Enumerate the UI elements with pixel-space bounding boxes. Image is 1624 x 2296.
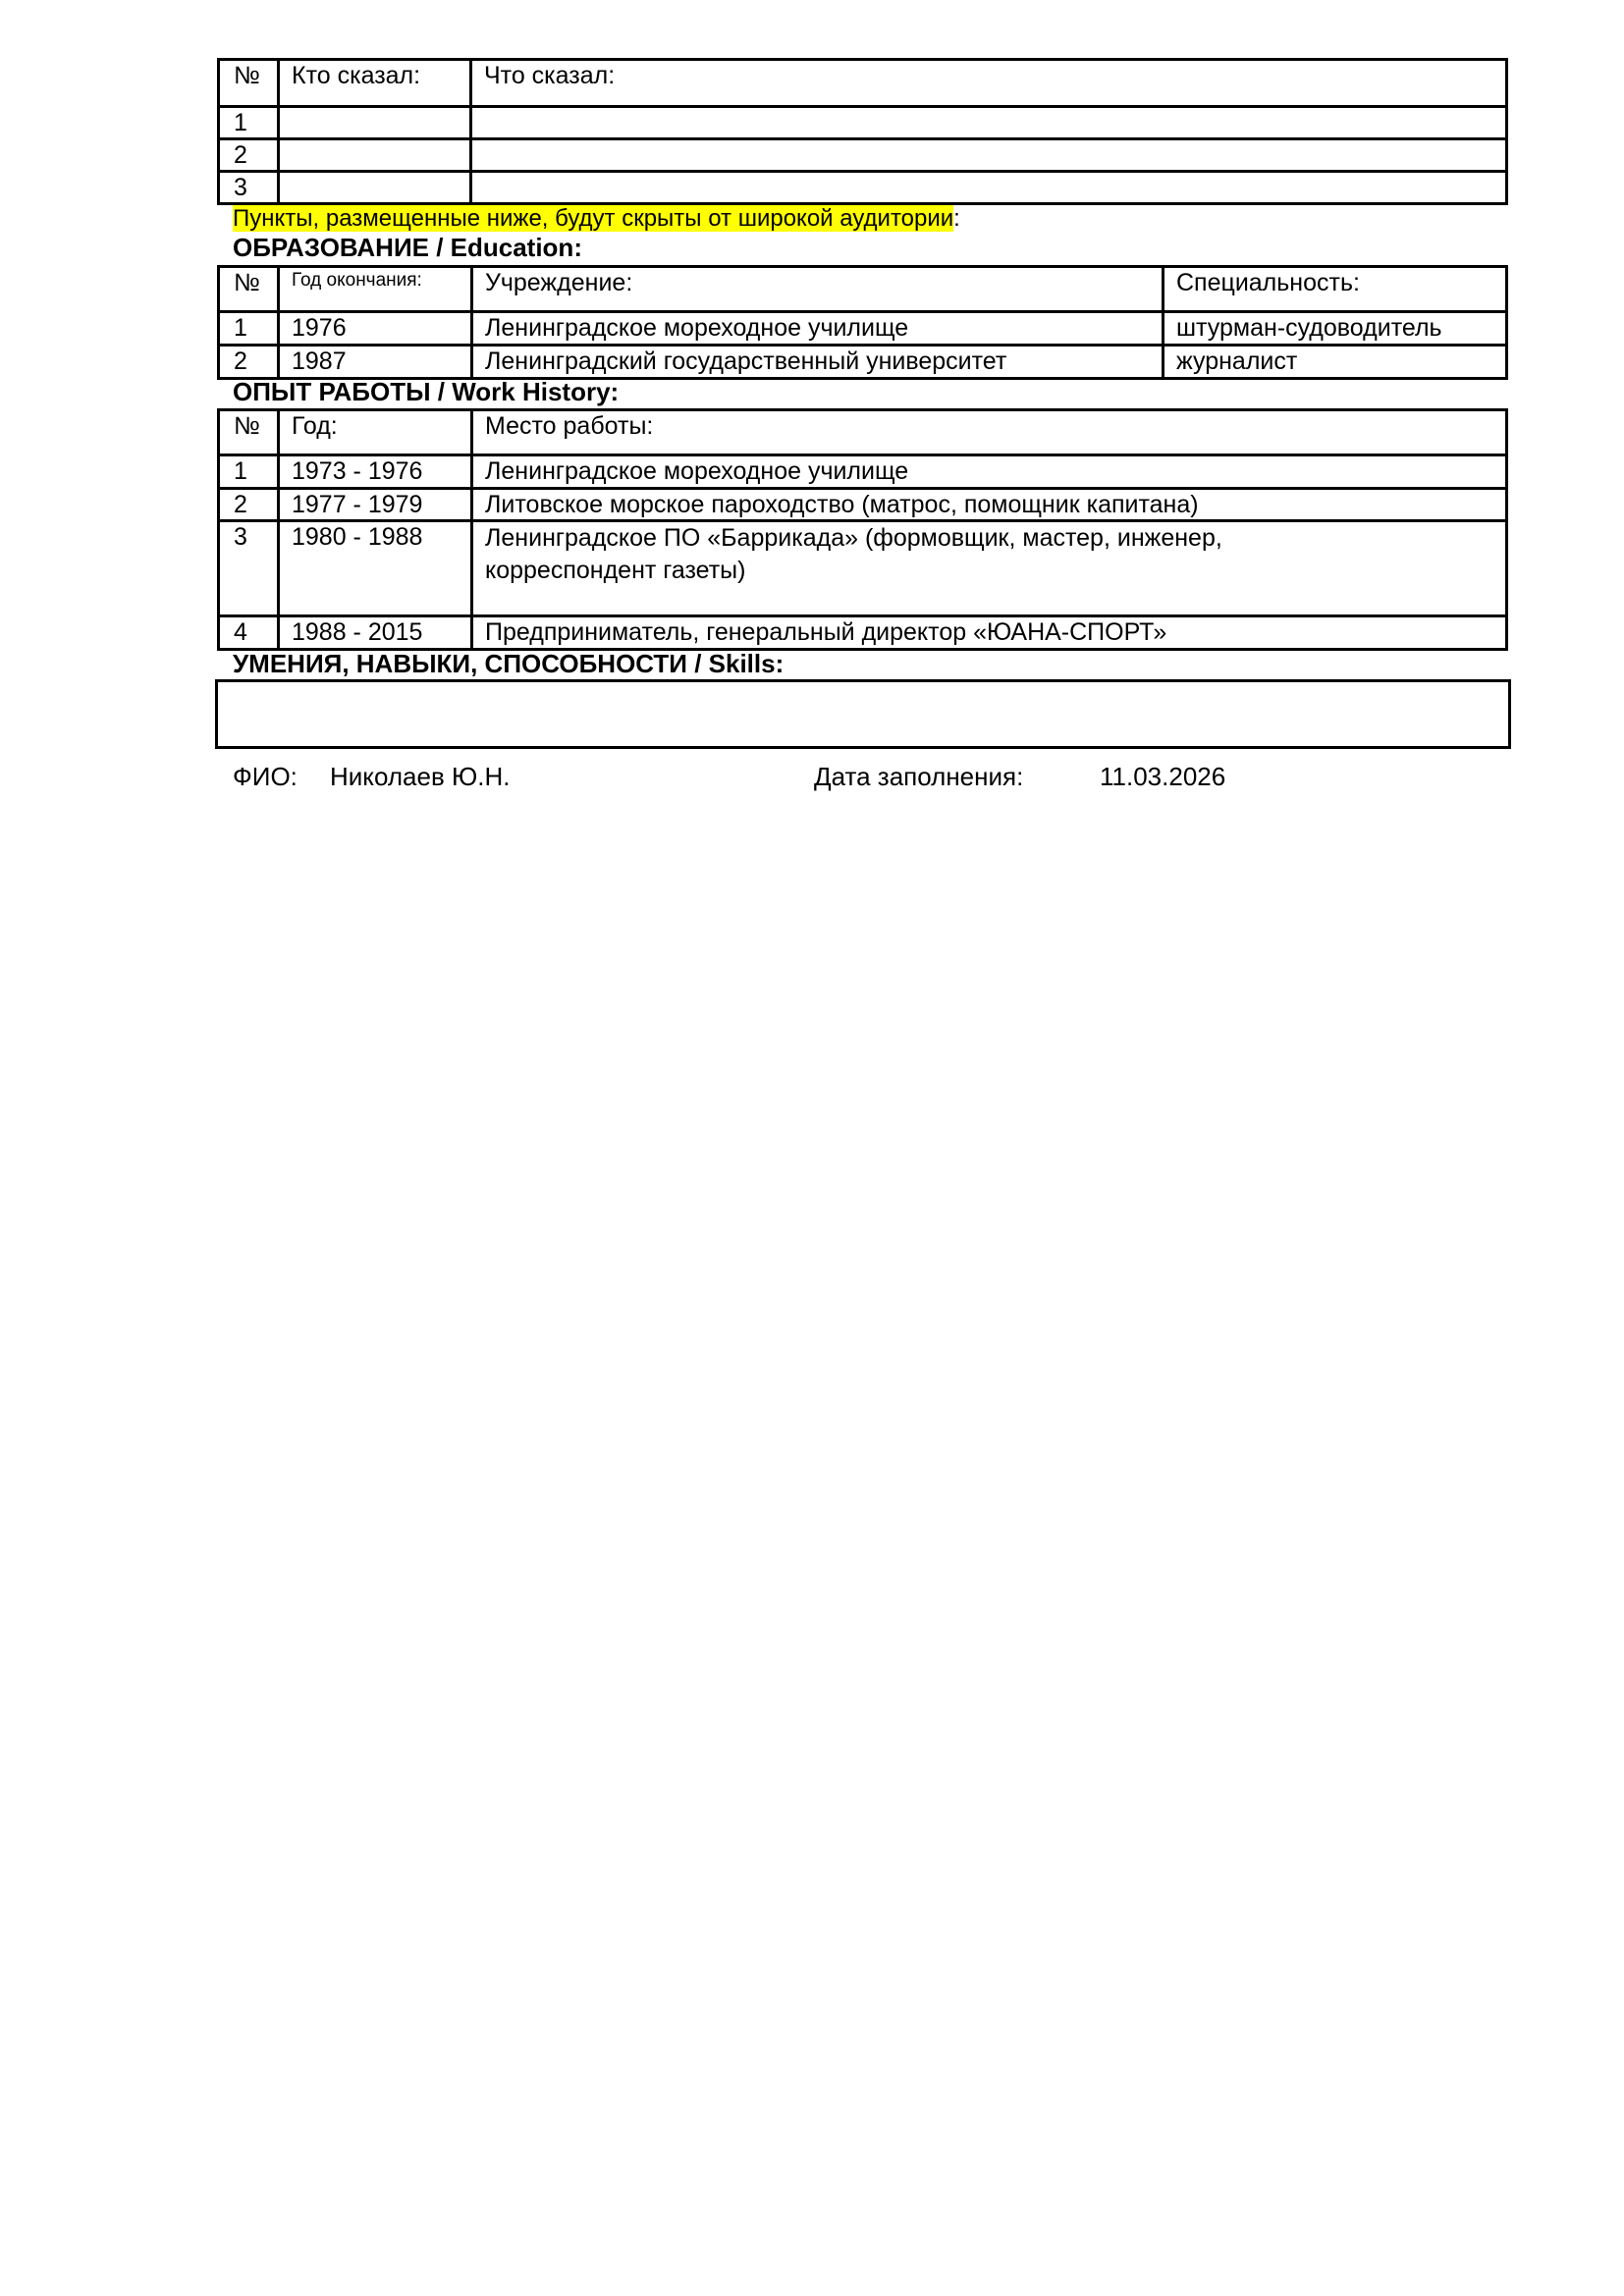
row-num: 2	[219, 489, 279, 521]
table-row: 2 1977 - 1979 Литовское морское пароходс…	[219, 489, 1507, 521]
table-row: 4 1988 - 2015 Предприниматель, генеральн…	[219, 616, 1507, 650]
table-row: 1	[219, 107, 1507, 139]
work-header-place: Место работы:	[472, 410, 1507, 455]
work-header-year: Год:	[279, 410, 472, 455]
row-num: 3	[219, 172, 279, 204]
education-table: № Год окончания: Учреждение: Специальнос…	[217, 265, 1508, 380]
education-header-year: Год окончания:	[279, 267, 472, 312]
specialty-cell: штурман-судоводитель	[1164, 312, 1507, 346]
year-cell: 1976	[279, 312, 472, 346]
specialty-cell: журналист	[1164, 346, 1507, 379]
table-row: 1 1973 - 1976 Ленинградское мореходное у…	[219, 455, 1507, 489]
who-cell[interactable]	[279, 107, 471, 139]
table-row: 2 1987 Ленинградский государственный уни…	[219, 346, 1507, 379]
row-num: 2	[219, 346, 279, 379]
row-num: 1	[219, 107, 279, 139]
years-cell: 1977 - 1979	[279, 489, 472, 521]
quotes-header-num: №	[219, 60, 279, 107]
hidden-notice-colon: :	[953, 205, 960, 232]
quotes-header-what: Что сказал:	[471, 60, 1507, 107]
education-header-num: №	[219, 267, 279, 312]
row-num: 3	[219, 521, 279, 616]
table-row: 3	[219, 172, 1507, 204]
what-cell[interactable]	[471, 139, 1507, 172]
table-row: 1 1976 Ленинградское мореходное училище …	[219, 312, 1507, 346]
institution-cell: Ленинградский государственный университе…	[472, 346, 1164, 379]
work-header-row: № Год: Место работы:	[219, 410, 1507, 455]
year-cell: 1987	[279, 346, 472, 379]
row-num: 1	[219, 455, 279, 489]
institution-cell: Ленинградское мореходное училище	[472, 312, 1164, 346]
who-cell[interactable]	[279, 172, 471, 204]
education-header-row: № Год окончания: Учреждение: Специальнос…	[219, 267, 1507, 312]
date-value: 11.03.2026	[1100, 762, 1225, 791]
skills-box[interactable]	[215, 679, 1511, 749]
place-cell: Ленинградское мореходное училище	[472, 455, 1507, 489]
place-cell: Предприниматель, генеральный директор «Ю…	[472, 616, 1507, 650]
table-row: 3 1980 - 1988 Ленинградское ПО «Баррикад…	[219, 521, 1507, 616]
years-cell: 1973 - 1976	[279, 455, 472, 489]
work-header-num: №	[219, 410, 279, 455]
place-cell: Ленинградское ПО «Баррикада» (формовщик,…	[472, 521, 1507, 616]
hidden-notice: Пункты, размещенные ниже, будут скрыты о…	[233, 204, 960, 233]
what-cell[interactable]	[471, 172, 1507, 204]
quotes-table: № Кто сказал: Что сказал: 1 2 3	[217, 58, 1508, 205]
row-num: 4	[219, 616, 279, 650]
date-label: Дата заполнения:	[814, 762, 1023, 791]
quotes-header-row: № Кто сказал: Что сказал:	[219, 60, 1507, 107]
education-heading: ОБРАЗОВАНИЕ / Education:	[233, 234, 582, 261]
years-cell: 1988 - 2015	[279, 616, 472, 650]
work-history-heading: ОПЫТ РАБОТЫ / Work History:	[233, 378, 619, 405]
name-label: ФИО:	[233, 762, 298, 791]
education-header-institution: Учреждение:	[472, 267, 1164, 312]
education-header-specialty: Специальность:	[1164, 267, 1507, 312]
quotes-header-who: Кто сказал:	[279, 60, 471, 107]
skills-heading: УМЕНИЯ, НАВЫКИ, СПОСОБНОСТИ / Skills:	[233, 650, 784, 677]
table-row: 2	[219, 139, 1507, 172]
what-cell[interactable]	[471, 107, 1507, 139]
name-value: Николаев Ю.Н.	[330, 762, 510, 791]
row-num: 1	[219, 312, 279, 346]
who-cell[interactable]	[279, 139, 471, 172]
work-history-table: № Год: Место работы: 1 1973 - 1976 Ленин…	[217, 408, 1508, 651]
row-num: 2	[219, 139, 279, 172]
years-cell: 1980 - 1988	[279, 521, 472, 616]
place-cell: Литовское морское пароходство (матрос, п…	[472, 489, 1507, 521]
hidden-notice-highlight: Пункты, размещенные ниже, будут скрыты о…	[233, 205, 953, 232]
